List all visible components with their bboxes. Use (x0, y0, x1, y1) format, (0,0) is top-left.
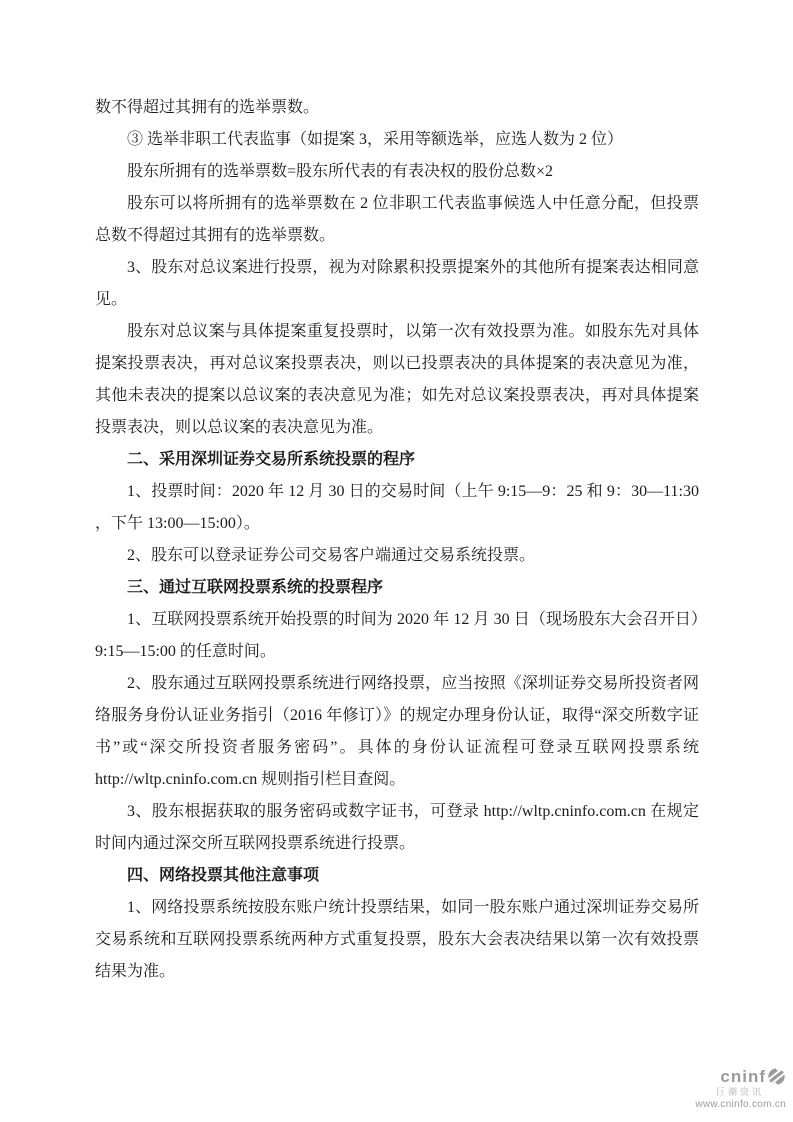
paragraph: 2、股东通过互联网投票系统进行网络投票，应当按照《深圳证券交易所投资者网络服务身… (95, 668, 699, 796)
paragraph: 股东可以将所拥有的选举票数在 2 位非职工代表监事候选人中任意分配，但投票总数不… (95, 188, 699, 252)
section-heading-2: 二、采用深圳证券交易所系统投票的程序 (95, 444, 699, 476)
paragraph: 股东所拥有的选举票数=股东所代表的有表决权的股份总数×2 (95, 156, 699, 188)
section-heading-4: 四、网络投票其他注意事项 (95, 860, 699, 892)
paragraph: 3、股东根据获取的服务密码或数字证书，可登录 http://wltp.cninf… (95, 796, 699, 860)
paragraph: 1、互联网投票系统开始投票的时间为 2020 年 12 月 30 日（现场股东大… (95, 604, 699, 668)
cninfo-website-url: www.cninfo.com.cn (695, 1100, 786, 1110)
cninfo-logo-text: cninf (720, 1068, 766, 1085)
cninfo-chinese-name: 巨潮资讯 (695, 1088, 786, 1097)
cninfo-swirl-icon (767, 1067, 786, 1086)
paragraph-continuation: 数不得超过其拥有的选举票数。 (95, 92, 699, 124)
paragraph: 3、股东对总议案进行投票，视为对除累积投票提案外的其他所有提案表达相同意见。 (95, 252, 699, 316)
paragraph: ③ 选举非职工代表监事（如提案 3，采用等额选举，应选人数为 2 位） (95, 124, 699, 156)
section-heading-3: 三、通过互联网投票系统的投票程序 (95, 572, 699, 604)
cninfo-logo-row: cninf (695, 1067, 786, 1086)
paragraph: 2、股东可以登录证券公司交易客户端通过交易系统投票。 (95, 540, 699, 572)
paragraph: 1、投票时间：2020 年 12 月 30 日的交易时间（上午 9:15—9：2… (95, 476, 699, 540)
paragraph: 1、网络投票系统按股东账户统计投票结果，如同一股东账户通过深圳证券交易所交易系统… (95, 892, 699, 988)
paragraph: 股东对总议案与具体提案重复投票时，以第一次有效投票为准。如股东先对具体提案投票表… (95, 316, 699, 444)
document-body: 数不得超过其拥有的选举票数。 ③ 选举非职工代表监事（如提案 3，采用等额选举，… (95, 92, 699, 988)
cninfo-watermark: cninf 巨潮资讯 www.cninfo.com.cn (695, 1067, 786, 1110)
document-page: 数不得超过其拥有的选举票数。 ③ 选举非职工代表监事（如提案 3，采用等额选举，… (0, 0, 793, 1122)
